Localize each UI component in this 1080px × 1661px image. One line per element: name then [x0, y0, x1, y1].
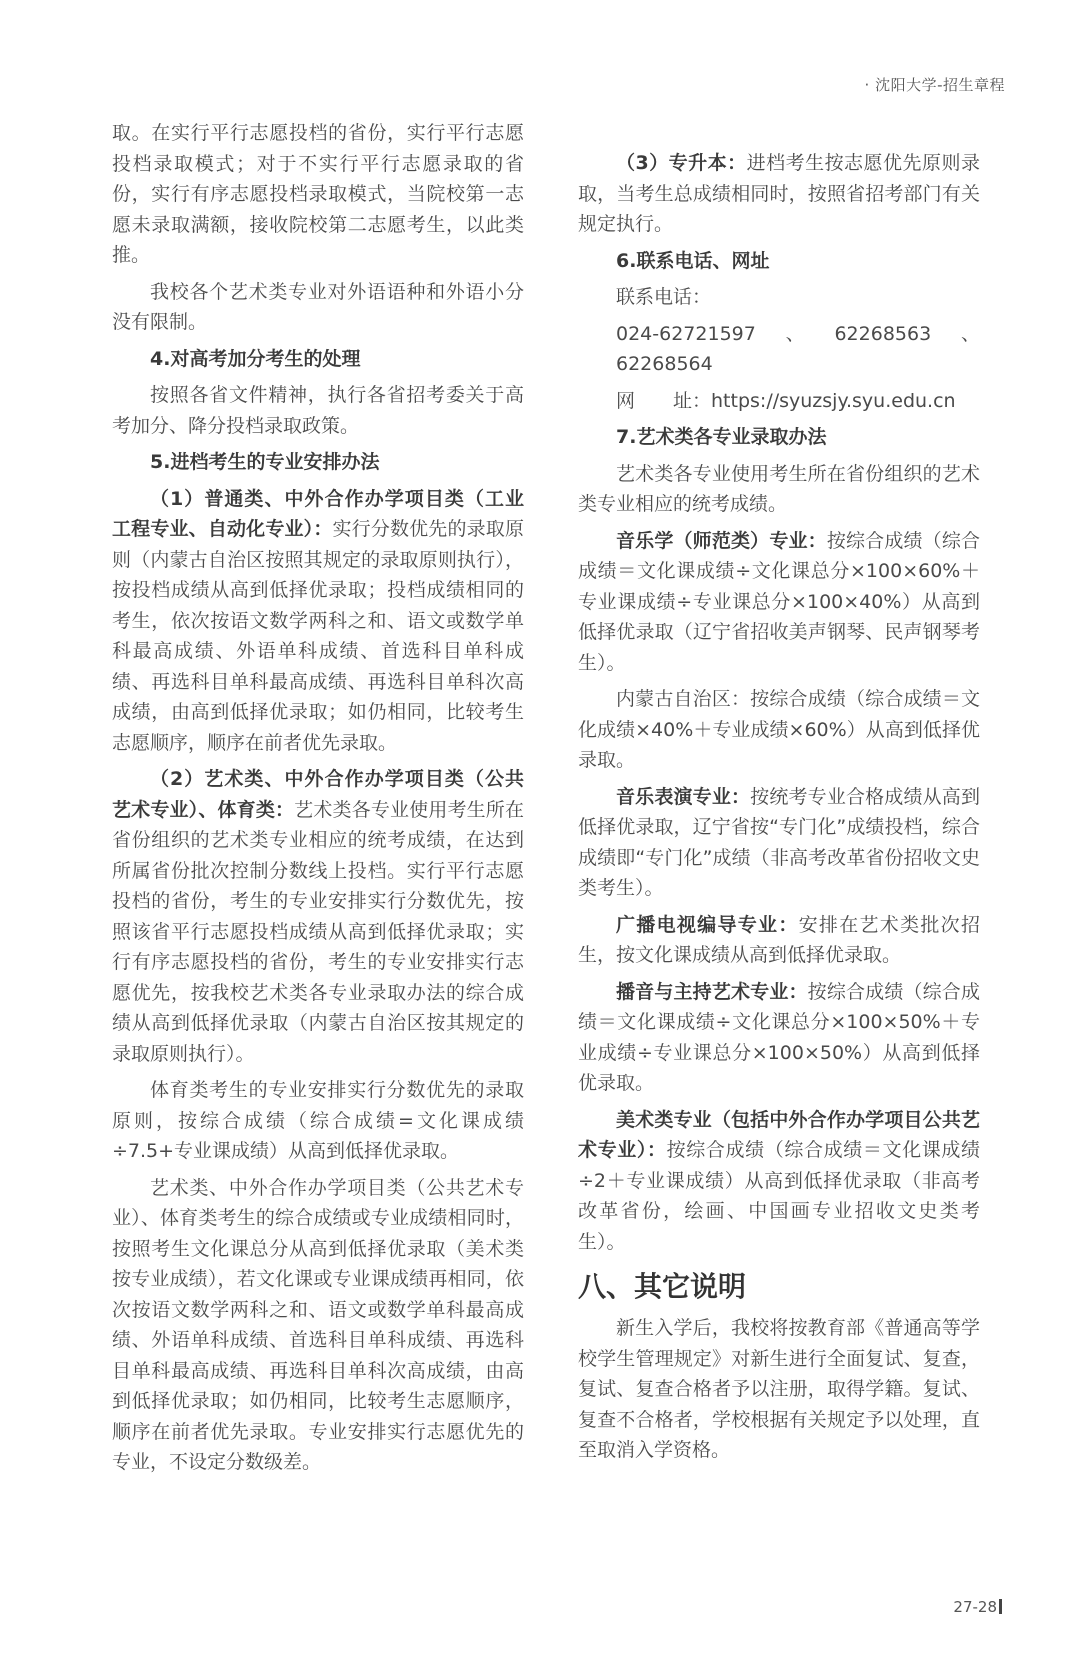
paragraph-other-notes: 新生入学后，我校将按教育部《普通高等学校学生管理规定》对新生进行全面复试、复查，…: [578, 1313, 980, 1466]
announcer-label: 播音与主持艺术专业：: [616, 981, 808, 1003]
heading-bonus-points: 4.对高考加分考生的处理: [112, 344, 524, 375]
item-upgrade-label: （3）专升本：: [616, 152, 747, 174]
paragraph-bonus-points: 按照各省文件精神，执行各省招考委关于高考加分、降分投档录取政策。: [112, 380, 524, 441]
website-link[interactable]: https://syuzsjy.syu.edu.cn: [711, 390, 956, 412]
paragraph-inner-mongolia: 内蒙古自治区：按综合成绩（综合成绩＝文化成绩×40%＋专业成绩×60%）从高到低…: [578, 684, 980, 776]
item-fine-art: 美术类专业（包括中外合作办学项目公共艺术专业）：按综合成绩（综合成绩＝文化课成绩…: [578, 1105, 980, 1258]
item-art-category: （2）艺术类、中外合作办学项目类（公共艺术专业）、体育类：艺术类各专业使用考生所…: [112, 764, 524, 1069]
page-number: 27-28: [953, 1598, 997, 1616]
item-music-performance: 音乐表演专业：按统考专业合格成绩从高到低择优录取，辽宁省按“专门化”成绩投档，综…: [578, 782, 980, 904]
page-footer: 27-28: [953, 1598, 1002, 1616]
paragraph-continuation: 取。在实行平行志愿投档的省份，实行平行志愿投档录取模式；对于不实行平行志愿录取的…: [112, 118, 524, 271]
heading-major-arrangement: 5.进档考生的专业安排办法: [112, 447, 524, 478]
music-performance-label: 音乐表演专业：: [616, 786, 750, 808]
website-label: 网 址：: [616, 390, 711, 412]
item-general-text: 实行分数优先的录取原则（内蒙古自治区按照其规定的录取原则执行），按投档成绩从高到…: [112, 518, 524, 754]
item-general-category: （1）普通类、中外合作办学项目类（工业工程专业、自动化专业）：实行分数优先的录取…: [112, 484, 524, 759]
website: 网 址：https://syuzsjy.syu.edu.cn: [578, 386, 980, 417]
paragraph-foreign-language: 我校各个艺术类专业对外语语种和外语小分没有限制。: [112, 277, 524, 338]
left-column: 取。在实行平行志愿投档的省份，实行平行志愿投档录取模式；对于不实行平行志愿录取的…: [112, 118, 524, 1484]
phone-numbers: 024-62721597、62268563、62268564: [578, 319, 980, 380]
music-education-label: 音乐学（师范类）专业：: [616, 530, 827, 552]
phone-label: 联系电话：: [578, 282, 980, 313]
section-title-other: 八、其它说明: [578, 1267, 980, 1307]
item-announcer: 播音与主持艺术专业：按综合成绩（综合成绩＝文化课成绩÷文化课总分×100×50%…: [578, 977, 980, 1099]
item-music-education: 音乐学（师范类）专业：按综合成绩（综合成绩＝文化课成绩÷文化课总分×100×60…: [578, 526, 980, 679]
footer-bar-decoration: [999, 1599, 1002, 1614]
heading-art-admission: 7.艺术类各专业录取办法: [578, 422, 980, 453]
heading-contact: 6.联系电话、网址: [578, 246, 980, 277]
item-art-text: 艺术类各专业使用考生所在省份组织的艺术类专业相应的统考成绩，在达到所属省份批次控…: [112, 799, 524, 1065]
broadcast-label: 广播电视编导专业：: [616, 914, 799, 936]
paragraph-sports: 体育类考生的专业安排实行分数优先的录取原则，按综合成绩（综合成绩=文化课成绩÷7…: [112, 1075, 524, 1167]
item-upgrade: （3）专升本：进档考生按志愿优先原则录取，当考生总成绩相同时，按照省招考部门有关…: [578, 148, 980, 240]
paragraph-art-intro: 艺术类各专业使用考生所在省份组织的艺术类专业相应的统考成绩。: [578, 459, 980, 520]
paragraph-tie-break: 艺术类、中外合作办学项目类（公共艺术专业）、体育类考生的综合成绩或专业成绩相同时…: [112, 1173, 524, 1478]
running-header: · 沈阳大学-招生章程: [865, 74, 1005, 95]
item-broadcast: 广播电视编导专业：安排在艺术类批次招生，按文化课成绩从高到低择优录取。: [578, 910, 980, 971]
right-column: （3）专升本：进档考生按志愿优先原则录取，当考生总成绩相同时，按照省招考部门有关…: [578, 148, 980, 1472]
